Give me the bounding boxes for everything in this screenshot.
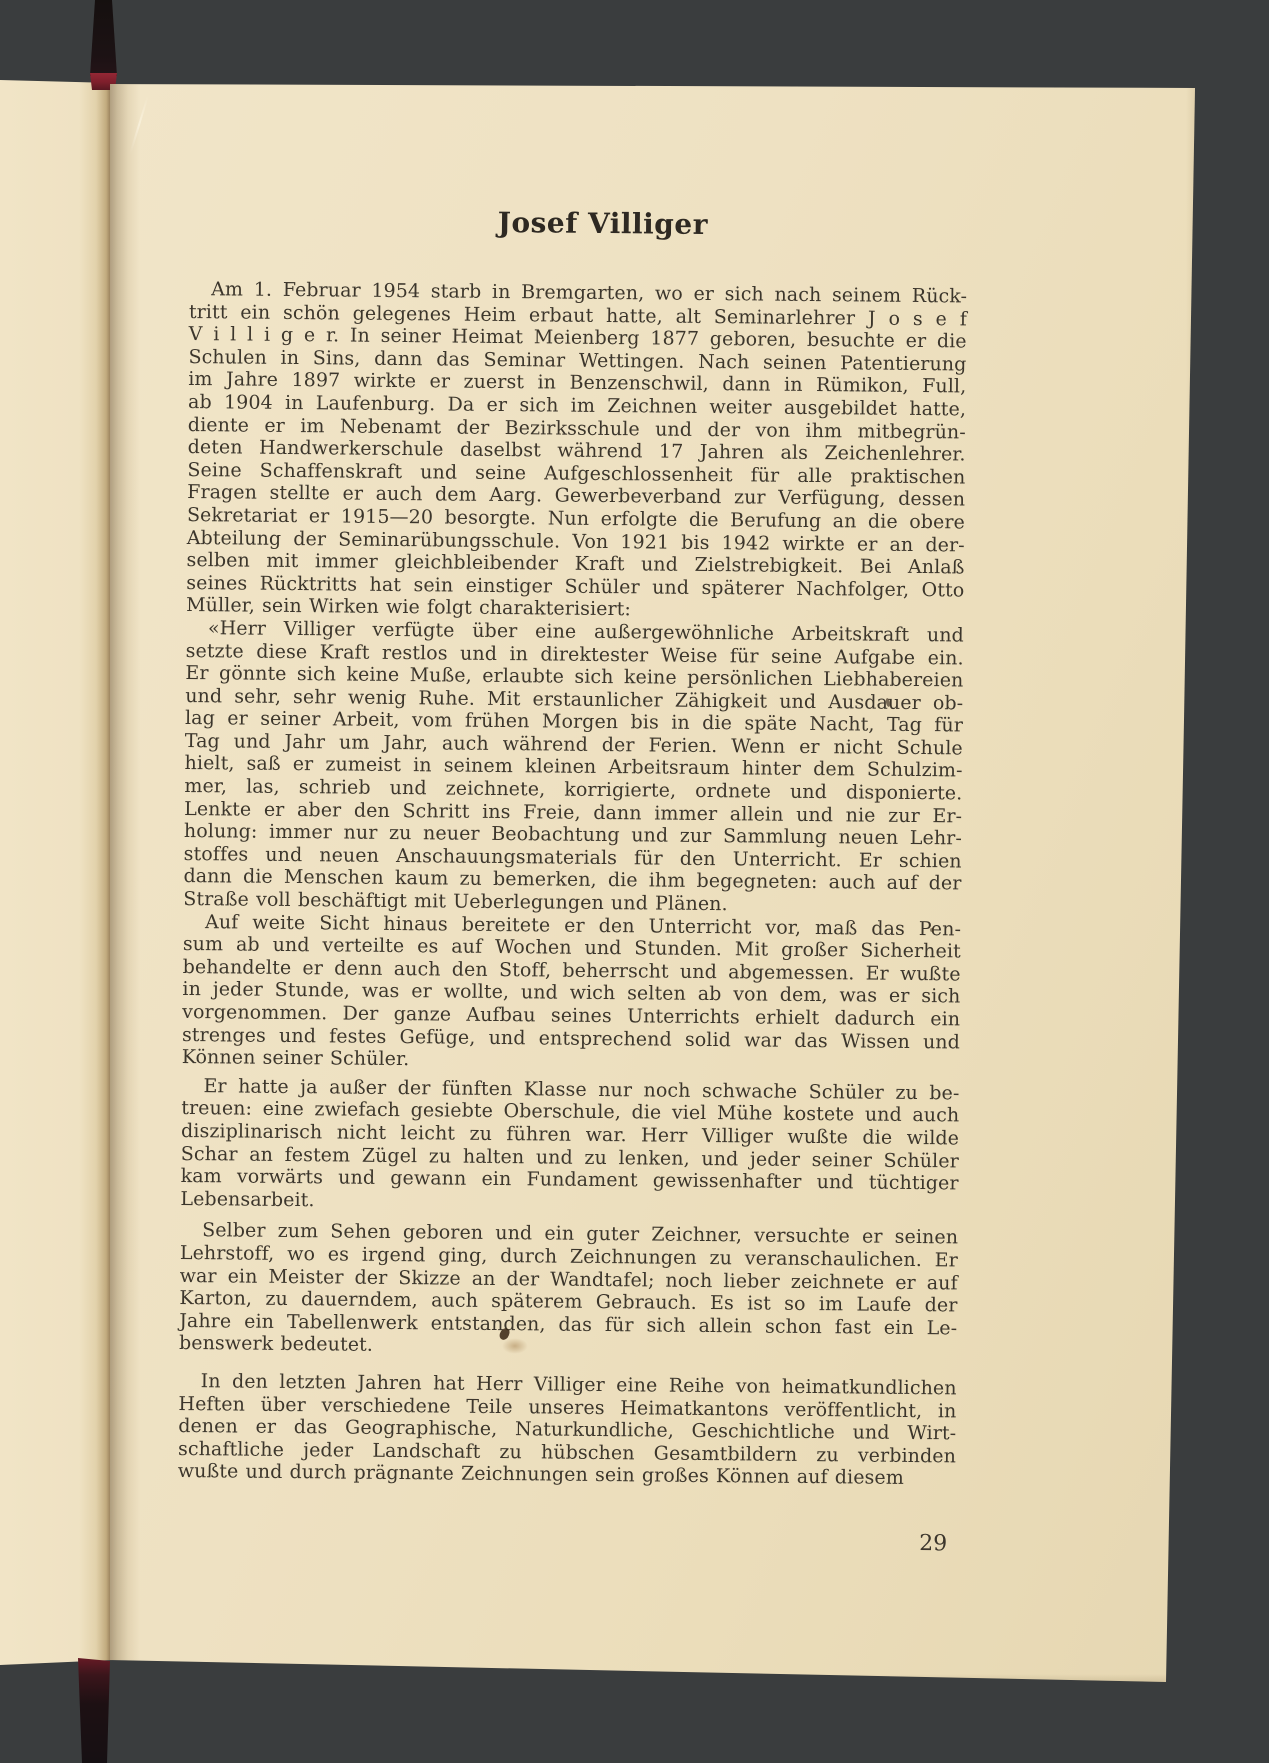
page-number: 29: [817, 1530, 947, 1556]
bottom-edge-shadow: [106, 1672, 1202, 1688]
left-page-edge: [0, 74, 113, 1666]
paragraph: Selber zum Sehen geboren und ein guter Z…: [179, 1219, 958, 1362]
scanner-background: { "document": { "title": "Josef Villiger…: [0, 0, 1269, 1763]
paragraph: Er hatte ja außer der fünften Klasse nur…: [180, 1075, 959, 1218]
page-content: Josef Villiger Am 1. Februar 1954 starb …: [178, 202, 968, 1490]
paragraph: Auf weite Sicht hinaus bereitete er den …: [182, 911, 961, 1077]
paragraph: In den letzten Jahren hat Herr Villiger …: [178, 1370, 957, 1490]
ink-stain-smudge: [502, 1338, 528, 1354]
book-spine-bottom: [68, 1656, 116, 1763]
paragraph: «Herr Villiger verfügte über eine außerg…: [183, 617, 964, 918]
main-page: Josef Villiger Am 1. Februar 1954 starb …: [106, 80, 1202, 1688]
right-edge-shadow: [1180, 80, 1202, 1688]
dust-speck: [930, 928, 934, 932]
page-title: Josef Villiger: [190, 202, 968, 245]
body-text: Am 1. Februar 1954 starb in Bremgarten, …: [178, 278, 968, 1490]
paragraph: Am 1. Februar 1954 starb in Bremgarten, …: [186, 278, 967, 624]
gutter-shadow: [106, 80, 140, 1688]
